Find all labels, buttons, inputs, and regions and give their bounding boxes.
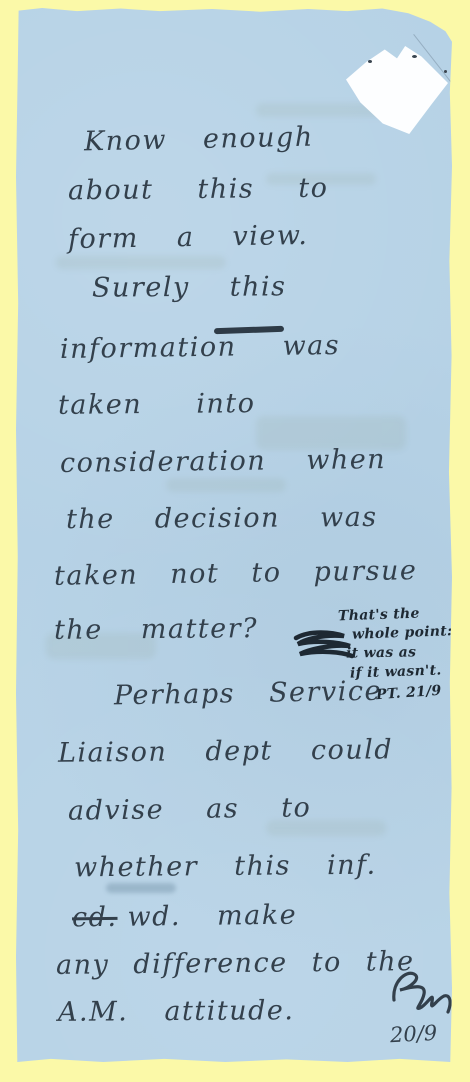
handwriting-line: Surely this [92, 273, 287, 301]
ink-speck [412, 55, 417, 58]
handwriting-line: the decision was [66, 504, 378, 533]
handwriting-line: form a view. [68, 222, 309, 253]
handwriting-text: wd. make [127, 900, 297, 933]
handwriting-line: any difference to the [56, 948, 415, 979]
handwriting-line: Know enough [84, 124, 314, 156]
handwriting-line: Liaison dept could [58, 736, 393, 767]
handwriting-line: whether this inf. [74, 852, 377, 882]
handwriting-line: taken not to pursue [54, 557, 418, 590]
handwriting-line: the matter? [54, 615, 258, 644]
signature-scrawl [386, 966, 458, 1022]
handwriting-line: A.M. attitude. [58, 997, 295, 1026]
handwriting-line: Perhaps Service [114, 678, 382, 710]
annotation-line: That's the [338, 607, 420, 624]
annotation-line: it was as [346, 645, 416, 660]
show-through-mark [166, 478, 286, 492]
signature-date: 20/9 [389, 1021, 437, 1047]
annotation-line: if it wasn't. [350, 663, 442, 680]
handwriting-line: advise as to [68, 794, 312, 824]
handwriting-line: information was [60, 332, 341, 363]
handwriting-line: taken into [58, 390, 256, 419]
ink-smudge [106, 883, 176, 893]
note-paper: Know enough about this to form a view. S… [16, 8, 452, 1062]
struck-out-word: cd. [72, 902, 118, 934]
handwriting-line: cd.wd. make [72, 902, 297, 932]
handwriting-line: consideration when [60, 446, 386, 477]
ink-speck [368, 60, 372, 63]
annotation-initials-date: PT. 21/9 [376, 684, 442, 703]
handwriting-line: about this to [68, 175, 329, 205]
show-through-mark [56, 256, 226, 269]
annotation-line: whole point: [352, 624, 453, 642]
